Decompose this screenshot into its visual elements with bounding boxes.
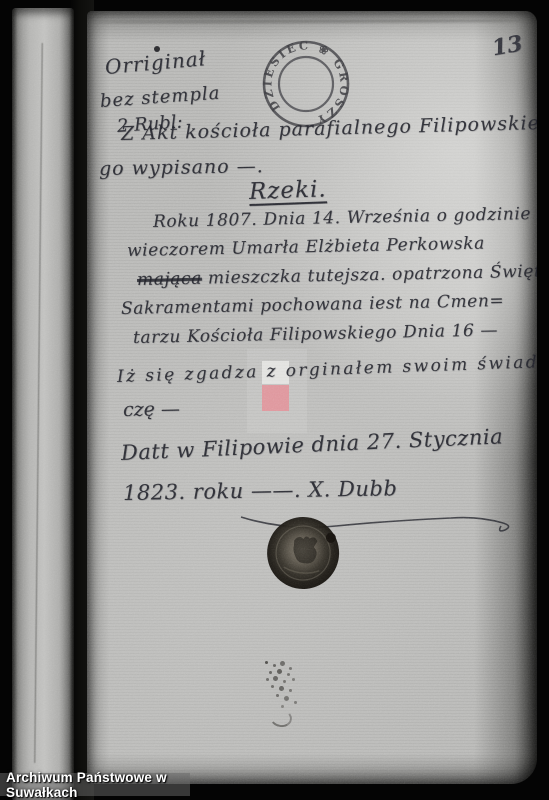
record-line: mająca mieszczka tutejsza. opatrzona Świ… — [137, 261, 537, 290]
record-line-rest: mieszczka tutejsza. opatrzona Świętemi — [202, 261, 537, 289]
book-page-edges — [12, 8, 74, 800]
extract-note-line1: Z Akt kościoła parafialnego Filipowskie= — [121, 112, 537, 145]
page-number: 13 — [490, 31, 525, 62]
annotation-original: Orriginał — [104, 46, 207, 79]
archive-scan-viewer: 13 DZIESIEC ❀ GROSZY Orriginał bez stemp… — [0, 0, 549, 800]
record-line: tarzu Kościoła Filipowskiego Dnia 16 — — [133, 320, 498, 348]
record-line: Roku 1807. Dnia 14. Września o godzinie … — [153, 203, 537, 232]
attestation-line2: czę — — [123, 398, 180, 421]
manuscript-page: 13 DZIESIEC ❀ GROSZY Orriginał bez stemp… — [87, 11, 537, 784]
paper-grain — [12, 8, 74, 800]
ink-speckles — [265, 661, 268, 664]
archive-watermark-bar: Archiwum Państwowe w Suwałkach — [0, 773, 190, 796]
extract-note-line2: go wypisano —. — [99, 155, 264, 180]
paper-crack-line — [34, 43, 43, 763]
attestation-line1: Iż się zgadza z orginałem swoim świad= — [117, 352, 537, 387]
highlight-pink-square — [262, 385, 289, 411]
record-line: wieczorem Umarła Elżbieta Perkowska — [127, 234, 485, 261]
wax-seal — [259, 511, 347, 597]
struck-word: mająca — [137, 269, 202, 290]
record-title: Rzeki. — [249, 176, 328, 205]
ink-smudge-arc — [269, 707, 294, 729]
record-line: Sakramentami pochowana iest na Cmen= — [121, 291, 505, 319]
dateline-year-signature: 1823. roku ——. X. Dubb — [123, 476, 398, 505]
archive-watermark-text: Archiwum Państwowe w Suwałkach — [0, 770, 190, 800]
dateline-place-date: Datt w Filipowie dnia 27. Stycznia — [120, 424, 503, 465]
annotation-no-stamp: bez stempla — [99, 83, 221, 112]
